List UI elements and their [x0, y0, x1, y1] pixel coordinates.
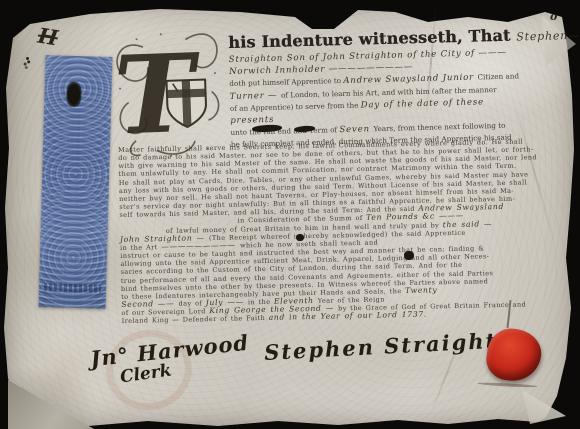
printed-text: Years, from thence next following to [373, 121, 505, 133]
handwritten-text: Day of the date of these [361, 97, 484, 110]
printed-text: unto the full end and Term of [230, 125, 339, 137]
blue-revenue-stamp [38, 55, 112, 309]
indenture-body-text: Master faithfully shall serve his Secret… [118, 138, 518, 326]
illuminated-initial: T [112, 28, 226, 160]
printed-text: of an Apprentice) to serve from the [230, 100, 361, 112]
printed-text: doth put himself Apprentice to [229, 76, 343, 88]
ink-blot [66, 82, 82, 107]
ink-blot [404, 251, 414, 260]
handwritten-text: the said — [443, 219, 493, 229]
handwritten-text: Twenty [405, 285, 437, 295]
handwritten-text: Turner — [230, 90, 282, 101]
handwritten-h-mark: H [36, 23, 60, 51]
handwritten-o-mark: o [550, 10, 557, 23]
photo-background: H o T his Indenture witnesseth, That Ste… [0, 0, 580, 429]
handwritten-text: Seven [339, 124, 373, 135]
printed-text: Citizen and [477, 72, 519, 82]
handwritten-text: Stephen— [516, 29, 580, 44]
indenture-header-text: his Indenture witnesseth, That Stephen—S… [228, 25, 523, 150]
ink-blot [296, 234, 304, 241]
stain-smudge [30, 336, 94, 406]
